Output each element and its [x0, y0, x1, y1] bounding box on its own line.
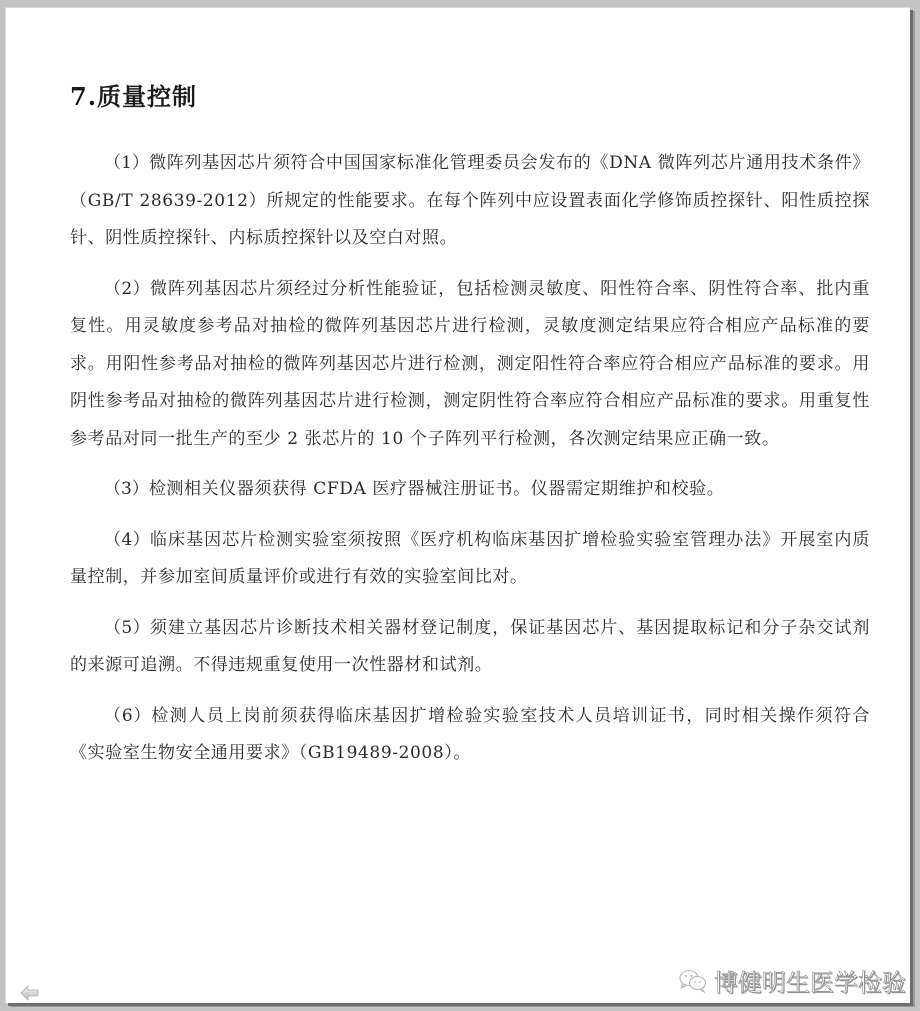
- paragraph-text: 微阵列基因芯片须符合中国国家标准化管理委员会发布的《DNA 微阵列芯片通用技术条…: [70, 153, 870, 248]
- paragraph-1: （1）微阵列基因芯片须符合中国国家标准化管理委员会发布的《DNA 微阵列芯片通用…: [70, 145, 870, 258]
- section-heading: 7.质量控制: [70, 82, 197, 112]
- paragraph-6: （6）检测人员上岗前须获得临床基因扩增检验实验室技术人员培训证书，同时相关操作须…: [70, 698, 870, 773]
- section-body: （1）微阵列基因芯片须符合中国国家标准化管理委员会发布的《DNA 微阵列芯片通用…: [70, 145, 870, 786]
- paragraph-number: （3）: [104, 479, 149, 499]
- document-viewer: 7.质量控制 （1）微阵列基因芯片须符合中国国家标准化管理委员会发布的《DNA …: [0, 0, 920, 1011]
- paragraph-text: 检测相关仪器须获得 CFDA 医疗器械注册证书。仪器需定期维护和校验。: [149, 479, 725, 499]
- paragraph-text: 微阵列基因芯片须经过分析性能验证，包括检测灵敏度、阳性符合率、阴性符合率、批内重…: [70, 279, 870, 449]
- paragraph-5: （5）须建立基因芯片诊断技术相关器材登记制度，保证基因芯片、基因提取标记和分子杂…: [70, 610, 870, 685]
- wechat-icon: [678, 968, 708, 994]
- paragraph-number: （2）: [104, 279, 150, 299]
- paragraph-number: （5）: [104, 618, 150, 638]
- paragraph-2: （2）微阵列基因芯片须经过分析性能验证，包括检测灵敏度、阳性符合率、阴性符合率、…: [70, 271, 870, 459]
- paragraph-text: 临床基因芯片检测实验室须按照《医疗机构临床基因扩增检验实验室管理办法》开展室内质…: [70, 530, 870, 588]
- watermark-text: 博健明生医学检验: [714, 963, 906, 998]
- arrow-left-icon: [20, 984, 40, 1002]
- watermark: 博健明生医学检验: [678, 963, 906, 998]
- previous-page-button[interactable]: [20, 984, 40, 1002]
- paragraph-text: 检测人员上岗前须获得临床基因扩增检验实验室技术人员培训证书，同时相关操作须符合《…: [70, 706, 870, 764]
- document-page: 7.质量控制 （1）微阵列基因芯片须符合中国国家标准化管理委员会发布的《DNA …: [5, 7, 910, 1003]
- paragraph-number: （1）: [104, 153, 149, 173]
- paragraph-3: （3）检测相关仪器须获得 CFDA 医疗器械注册证书。仪器需定期维护和校验。: [70, 471, 870, 509]
- paragraph-number: （6）: [104, 706, 151, 726]
- paragraph-4: （4）临床基因芯片检测实验室须按照《医疗机构临床基因扩增检验实验室管理办法》开展…: [70, 522, 870, 597]
- paragraph-text: 须建立基因芯片诊断技术相关器材登记制度，保证基因芯片、基因提取标记和分子杂交试剂…: [70, 618, 870, 676]
- paragraph-number: （4）: [104, 530, 150, 550]
